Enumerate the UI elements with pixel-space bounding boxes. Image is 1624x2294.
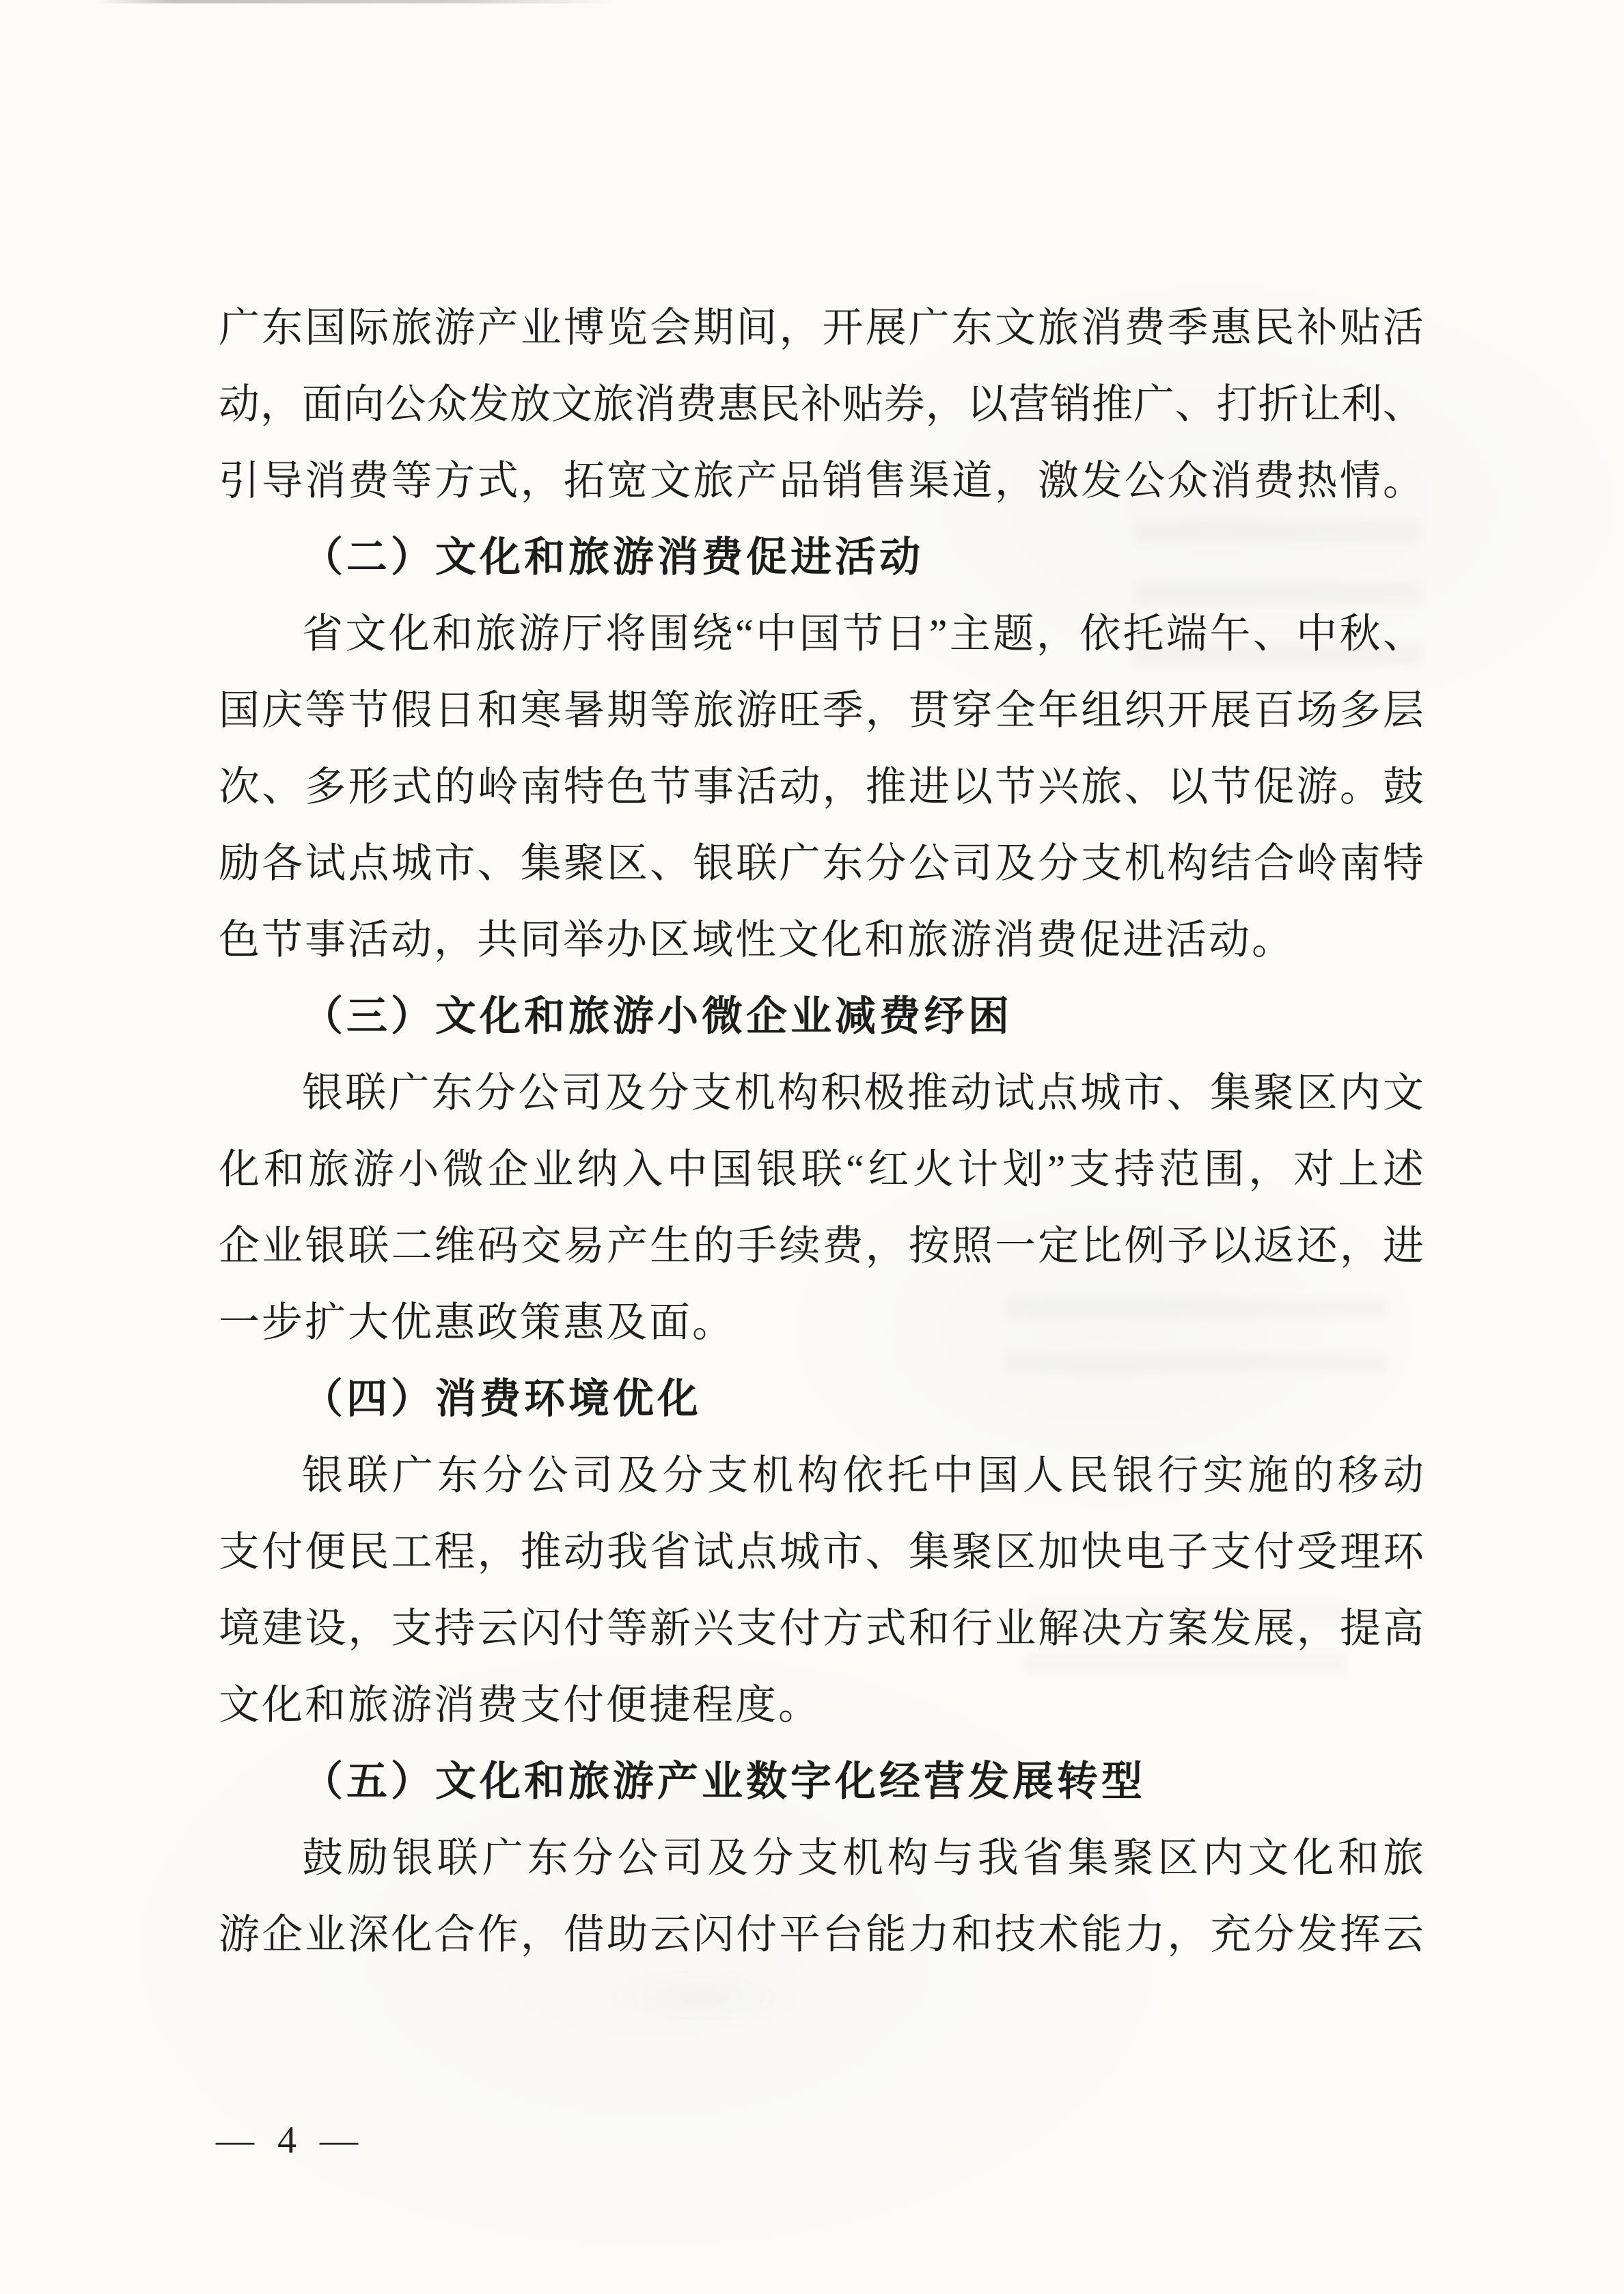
text-line: 一步扩大优惠政策惠及面。 — [219, 1284, 1424, 1361]
text-line: 支付便民工程，推动我省试点城市、集聚区加快电子支付受理环 — [219, 1514, 1424, 1590]
text-line: 引导消费等方式，拓宽文旅产品销售渠道，激发公众消费热情。 — [219, 443, 1424, 519]
text-line: （三）文化和旅游小微企业减费纾困 — [219, 978, 1424, 1055]
text-line: 境建设，支持云闪付等新兴支付方式和行业解决方案发展，提高 — [219, 1590, 1424, 1667]
text-line: 化和旅游小微企业纳入中国银联“红火计划”支持范围，对上述 — [219, 1131, 1424, 1208]
text-line: 色节事活动，共同举办区域性文化和旅游消费促进活动。 — [219, 902, 1424, 978]
text-line: 国庆等节假日和寒暑期等旅游旺季，贯穿全年组织开展百场多层 — [219, 672, 1424, 749]
bleed-through-artifact — [601, 1967, 806, 2029]
text-line: （四）消费环境优化 — [219, 1361, 1424, 1437]
text-line: 省文化和旅游厅将围绕“中国节日”主题，依托端午、中秋、 — [219, 596, 1424, 672]
document-page: 广东国际旅游产业博览会期间，开展广东文旅消费季惠民补贴活动，面向公众发放文旅消费… — [0, 0, 1624, 2294]
text-line: 文化和旅游消费支付便捷程度。 — [219, 1667, 1424, 1743]
scan-edge-artifact — [96, 0, 615, 3]
page-number: — 4 — — [216, 2116, 365, 2164]
text-line: 企业银联二维码交易产生的手续费，按照一定比例予以返还，进 — [219, 1208, 1424, 1284]
text-line: 动，面向公众发放文旅消费惠民补贴券，以营销推广、打折让利、 — [219, 366, 1424, 443]
text-line: 银联广东分公司及分支机构积极推动试点城市、集聚区内文 — [219, 1055, 1424, 1131]
text-line: 广东国际旅游产业博览会期间，开展广东文旅消费季惠民补贴活 — [219, 290, 1424, 366]
text-line: 银联广东分公司及分支机构依托中国人民银行实施的移动 — [219, 1437, 1424, 1514]
text-line: 游企业深化合作，借助云闪付平台能力和技术能力，充分发挥云 — [219, 1896, 1424, 1973]
text-line: 次、多形式的岭南特色节事活动，推进以节兴旅、以节促游。鼓 — [219, 749, 1424, 825]
text-line: （二）文化和旅游消费促进活动 — [219, 519, 1424, 596]
text-line: 鼓励银联广东分公司及分支机构与我省集聚区内文化和旅 — [219, 1820, 1424, 1896]
text-line: （五）文化和旅游产业数字化经营发展转型 — [219, 1743, 1424, 1820]
text-line: 励各试点城市、集聚区、银联广东分公司及分支机构结合岭南特 — [219, 825, 1424, 902]
text-block: 广东国际旅游产业博览会期间，开展广东文旅消费季惠民补贴活动，面向公众发放文旅消费… — [219, 290, 1424, 1973]
